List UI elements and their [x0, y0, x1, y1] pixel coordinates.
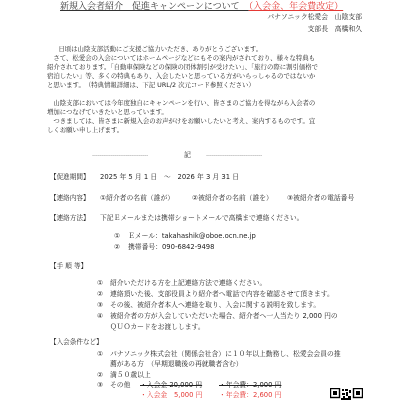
body-paragraph: さて、松愛会の入会についてはホームページなどにもその案内がされており、様々な特典…: [47, 55, 315, 61]
body-paragraph: と思います。 （特典情報詳細は、下記 URL/2 次元コード参照ください）: [47, 82, 255, 88]
promotion-period-label: 【促進期間】: [50, 174, 90, 181]
old-annual-fee: ・年会費：2,000 円: [219, 382, 281, 389]
procedure-step: 紹介いただける方を上記連絡方法で連絡ください。: [110, 280, 266, 287]
procedure-step: ＱＵＯカードをお渡しします。: [110, 324, 205, 331]
contact-item: ③被紹介者の電話番号: [287, 195, 354, 202]
document-title: 新規入会者紹介 促進キャンペーンについて （入会金、年会費改定）: [60, 3, 343, 12]
email-address[interactable]: Ｅメール：takahashik@oboe.ocn.ne.jp: [128, 233, 256, 240]
body-paragraph: 日頃は山陰支部活動にご支援ご協力いただき、ありがとうございます。: [52, 46, 262, 52]
signatory: 支部長 高橋和久: [308, 26, 362, 33]
condition-item: パナソニック株式会社（関係会社含）に１０年以上勤務し、松愛会会員の推: [110, 351, 341, 358]
phone-num: ②: [114, 244, 120, 251]
contact-method-label: 【連絡方法】: [50, 215, 90, 222]
contact-content-label: 【連絡内容】: [50, 195, 90, 202]
membership-conditions-label: 【入会条件など】: [50, 339, 103, 346]
promotion-period-value: 2025 年 5 月 1 日 ～ 2026 年 3 月 31 日: [100, 174, 239, 181]
procedure-num: ②: [97, 291, 103, 298]
condition-item: 満５０歳以上: [110, 372, 151, 379]
procedure-label: 【手 順 等】: [50, 263, 87, 270]
procedure-step: その後、被紹介者本人へ連絡を取り、入会に関する説明を致します。: [110, 302, 320, 309]
body-paragraph: 山陰支部においては今年度独自にキャンペーンを行い、皆さまのご協力を得ながら入会者…: [47, 100, 315, 106]
title-main: 新規入会者紹介 促進キャンペーンについて: [60, 2, 249, 12]
new-entry-fee: ・入会金 5,000 円: [140, 392, 202, 399]
old-entry-fee: ・入会金 20,000 円: [140, 382, 202, 389]
divider-right: ------------------------------: [206, 153, 262, 159]
body-paragraph: 増加につなげていきたいと思っています。: [47, 109, 168, 115]
body-paragraph: 宿泊したい」等、多くの特典もあり、入会したいと思っている方がいらっしゃるのではな…: [47, 73, 315, 79]
divider-left: ------------------------------: [92, 153, 148, 159]
body-paragraph: しくお願い申し上げます。: [47, 127, 123, 133]
qr-code-icon[interactable]: [330, 388, 363, 400]
condition-num: ③: [97, 382, 103, 389]
condition-item: その他: [110, 382, 130, 389]
procedure-num: ④: [97, 313, 103, 320]
body-paragraph: つきましては、皆さまに新規入会のお声がけをお願いしたいと考え、案内するものです。…: [47, 118, 315, 124]
contact-item: ②被紹介者の名前（誰を）: [192, 195, 273, 202]
procedure-step: 連絡頂いた後、支部役員より紹介者へ電話で内容を確認させて頂きます。: [110, 291, 334, 298]
procedure-step: 被紹介者の方が入会していただいた場合、紹介者へ一人当たり 2,000 円の: [110, 313, 338, 320]
phone-number[interactable]: 携帯番号：090-6842-9498: [128, 244, 214, 251]
body-paragraph: 紹介されております。「自動車保険などの保険の団体割引が受けたい」、「旅行の際に割…: [47, 64, 318, 70]
condition-num: ①: [97, 351, 103, 358]
contact-item: ①紹介者の名前（誰が）: [100, 195, 174, 202]
new-annual-fee: ・年会費：2,600 円: [219, 392, 281, 399]
title-fee-revision: （入会金、年会費改定）: [249, 2, 344, 12]
condition-num: ②: [97, 372, 103, 379]
condition-item: 薦がある方 （早期退職後の再就職者含む）: [110, 361, 243, 368]
organization-name: パナソニック松愛会 山陰支部: [267, 14, 362, 21]
contact-method-value: 下記Ｅメールまたは携帯ショートメールで高橋まで連絡ください。: [100, 215, 303, 222]
procedure-num: ③: [97, 302, 103, 309]
ki-heading: 記: [184, 152, 191, 159]
procedure-num: ①: [97, 280, 103, 287]
email-num: ①: [114, 233, 120, 240]
